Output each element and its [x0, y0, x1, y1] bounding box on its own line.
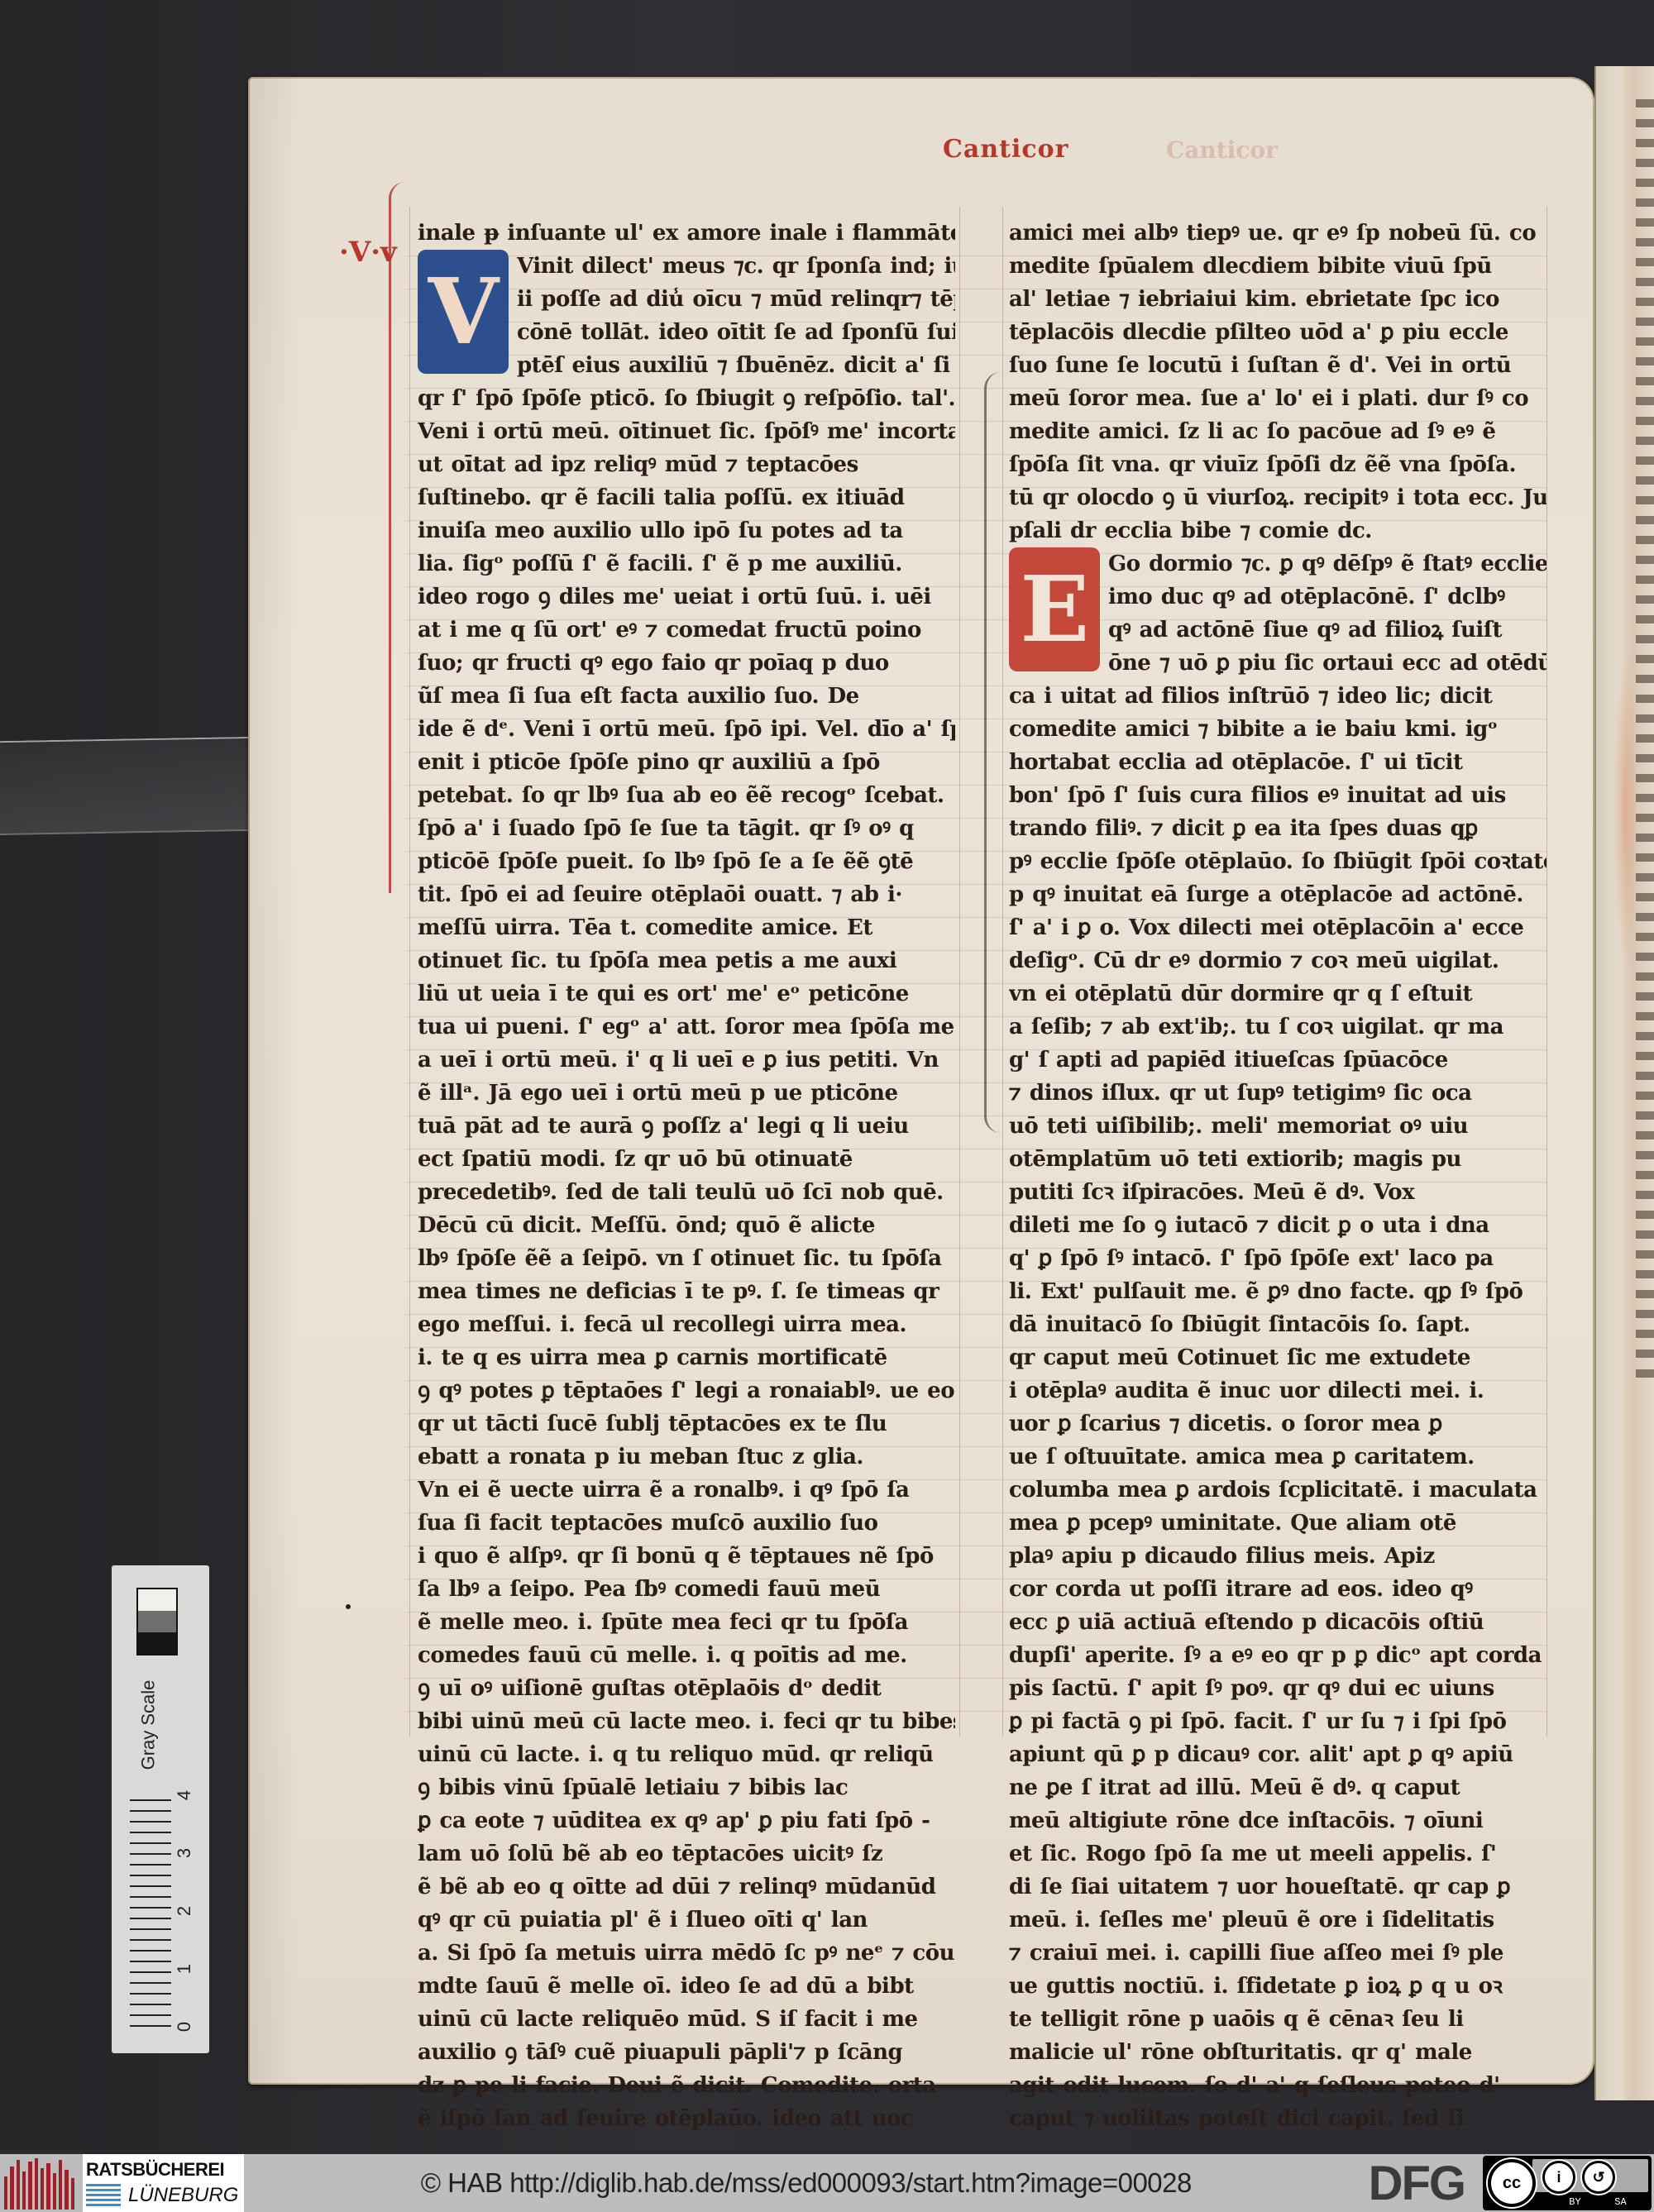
manuscript-line: ōne ⁊ uō ꝑ piu ſic ortaui ecc ad otēdū q… [1108, 647, 1546, 680]
manuscript-line: bon' ſpō ſ' ſuis cura filios eꝰ inuitat … [1009, 779, 1546, 812]
next-page-text-fragment [1636, 99, 1654, 1389]
manuscript-line: ꝯ uī oꝰ uiſionē guſtas otēplaōis dᵒ dedi… [418, 1672, 955, 1705]
manuscript-line: te telligit rōne p uaōis q ẽ cēnaꝛ ſeu l… [1009, 2003, 1546, 2036]
manuscript-line: cōnē tollāt. ideo oītit ſe ad ſponſū ſui [517, 316, 955, 349]
manuscript-line: trando filiꝰ. ⁊ dicit ꝑ ea ita ſpes duas… [1009, 812, 1546, 845]
manuscript-line: dileti me ſo ꝯ iutacō ⁊ dicit ꝑ o uta i … [1009, 1209, 1546, 1242]
manuscript-line: pſali dr ecclia bibe ⁊ comie dc. [1009, 514, 1546, 547]
manuscript-line: inale ᵽ inſuante ul' ex amore inale i fl… [418, 217, 955, 250]
gray-scale-ruler: Gray Scale 0 1 2 3 4 [112, 1565, 209, 2053]
manuscript-line: Go dormio ⁊c. ꝑ qꝰ dēſpꝰ ẽ ſtatꝰ ecclie [1108, 547, 1546, 580]
manuscript-line: comedite amici ⁊ bibite a ie baiu kmi. i… [1009, 713, 1546, 746]
text-column-right: amici mei albꝰ tiepꝰ ue. qr eꝰ ſp nobeū … [1009, 217, 1546, 2135]
by-label: BY [1569, 2196, 1580, 2208]
column-rule-mid [959, 207, 960, 1737]
manuscript-line: tuā pāt ad te aurā ꝯ poſſz a' legi q li … [418, 1110, 955, 1143]
manuscript-line: tēplacōis dlecdie pſilteo uōd a' ꝑ piu e… [1009, 316, 1546, 349]
book-waves-icon [86, 2184, 121, 2209]
manuscript-line: cor corda ut poſſi itrare ad eos. ideo q… [1009, 1573, 1546, 1606]
manuscript-line: pticōē ſpōſe pueit. ſo lbꝰ ſpō ſe a ſe ẽ… [418, 845, 955, 878]
ruler-number-2: 2 [174, 1906, 195, 1916]
attribution-link[interactable]: © HAB http://diglib.hab.de/mss/ed000093/… [244, 2167, 1369, 2199]
manuscript-line: ptēſ eius auxiliū ⁊ ſbuēnēz. dicit a' ſi… [517, 349, 955, 382]
ruler-number-3: 3 [174, 1848, 195, 1858]
creative-commons-icon: cc [1488, 2159, 1536, 2207]
manuscript-line: Vn ei ẽ uecte uirra ẽ a ronalbꝰ. i qꝰ ſp… [418, 1474, 955, 1507]
manuscript-line: petebat. ſo qr lbꝰ ſua ab eo ẽẽ recogᵒ ſ… [418, 779, 955, 812]
viewer-footer: RATSBÜCHEREI LÜNEBURG © HAB http://digli… [0, 2154, 1654, 2212]
manuscript-line: ſua ſi facit teptacōes muſcō auxilio ſuo [418, 1507, 955, 1540]
manuscript-line: tū qr olocdo ꝯ ū viurſoꝝ. recipitꝰ i tot… [1009, 481, 1546, 514]
swatch-light [138, 1589, 176, 1611]
manuscript-line: vn ei otēplatū dūr dormire qr q ſ eſtuit [1009, 977, 1546, 1010]
manuscript-line: ⁊ dinos iſlux. qr ut ſupꝰ tetigimꝰ ſic o… [1009, 1077, 1546, 1110]
manuscript-line: columba mea ꝑ ardois ſcplicitatē. i macu… [1009, 1474, 1546, 1507]
cc-license-badge[interactable]: cc i ↺ BY SA [1483, 2156, 1652, 2210]
dfg-logo: DFG [1369, 2156, 1465, 2211]
manuscript-line: dā inuitacō ſo ſbiūgit ſintacōis ſo. ſap… [1009, 1308, 1546, 1341]
manuscript-line: i otēplaꝰ audita ẽ inuc uor dilecti mei.… [1009, 1374, 1546, 1407]
manuscript-line: qꝰ qr cū puiatia pl' ẽ i ſlueo oīti q' l… [418, 1904, 955, 1937]
swatch-dark [138, 1632, 176, 1654]
manuscript-line: agit odit lucem. ſo d' a' q ſeſleus pote… [1009, 2069, 1546, 2102]
manuscript-line: liū ut ueia ī te qui es ort' me' eᵒ peti… [418, 977, 955, 1010]
manuscript-line: ſuo; qr fructi qꝰ ego faio qr poīaq p du… [418, 647, 955, 680]
red-pen-flourish [389, 182, 416, 893]
manuscript-line: ii poſſe ad diu̾ oīcu ⁊ mūd relinqr⁊ tēp… [517, 283, 955, 316]
manuscript-line: comedes fauū cū melle. i. q poītis ad me… [418, 1639, 955, 1672]
manuscript-line: uor ꝑ ſcarius ⁊ dicetis. o ſoror mea ꝑ [1009, 1407, 1546, 1440]
swatch-mid [138, 1611, 176, 1632]
attribution-person-icon: i [1542, 2161, 1575, 2194]
manuscript-line: deſigᵒ. Cū dr eꝰ dormio ⁊ coꝛ meū uigila… [1009, 944, 1546, 977]
manuscript-line: meū. i. ſeſles me' pleuū ẽ ore i ſidelit… [1009, 1904, 1546, 1937]
manuscript-line: qr ut tācti ſucē ſublj tēptacōes ex te ſ… [418, 1407, 955, 1440]
manuscript-line: Dēcū cū dicit. Meſſū. ōnd; quō ẽ alicte [418, 1209, 955, 1242]
manuscript-line: ſuſtinebo. qr ẽ facili talia poſſū. ex i… [418, 481, 955, 514]
manuscript-line: ut oītat ad ipz reliqꝰ mūd ⁊ teptacōes [418, 448, 955, 481]
manuscript-line: qr ſ' ſpō ſpōſe pticō. ſo ſbiugit ꝯ reſp… [418, 382, 955, 415]
manuscript-line: malicie ul' rōne obſturitatis. qr q' mal… [1009, 2036, 1546, 2069]
decorated-initial: E [1009, 547, 1100, 671]
manuscript-line: Vinit dilect' meus ⁊c. qr ſponſa ind; iu… [517, 250, 955, 283]
manuscript-line: ũſ mea ſi ſua eſt facta auxilio ſuo. De [418, 680, 955, 713]
manuscript-line: uinū cū lacte reliquēo mūd. S iſ facit i… [418, 2003, 955, 2036]
manuscript-line: inuiſa meo auxilio ullo ipō ſu potes ad … [418, 514, 955, 547]
manuscript-line: dupſi' aperite. ſꝰ a eꝰ eo qr p ꝑ dicᵒ a… [1009, 1639, 1546, 1672]
manuscript-line: ego meſſui. i. fecā ul recollegi uirra m… [418, 1308, 955, 1341]
manuscript-line: precedetibꝰ. ſed de tali teulū uō ſcī no… [418, 1176, 955, 1209]
manuscript-line: dz ꝑ pe li facie. Deui ẽ dicit. Comedite… [418, 2069, 955, 2102]
manuscript-line: medite amici. ſz li ac ſo pacōue ad ſꝰ e… [1009, 415, 1546, 448]
manuscript-line: otinuet ſic. tu ſpōſa mea petis a me aux… [418, 944, 955, 977]
manuscript-line: caput ⁊ uoliitas poteſt dici capit. ſed … [1009, 2102, 1546, 2135]
manuscript-line: di ſe ſiai uitatem ⁊ uor houeſtatē. qr c… [1009, 1870, 1546, 1904]
manuscript-line: lbꝰ ſpōſe ẽẽ a ſeipō. vn ſ otinuet ſic. … [418, 1242, 955, 1275]
manuscript-line: auxilio ꝯ tāſꝰ cuẽ piuapuli pāpli'⁊ p ſc… [418, 2036, 955, 2069]
manuscript-line: mea ꝑ pcepꝰ uminitate. Que aliam otē [1009, 1507, 1546, 1540]
ruler-number-4: 4 [174, 1790, 195, 1800]
ink-speck [346, 1604, 351, 1609]
share-alike-icon: ↺ [1582, 2161, 1615, 2194]
manuscript-line: ẽ illᵃ. Jā ego ueī i ortū meū p ue pticō… [418, 1077, 955, 1110]
manuscript-line: a ſeſib; ⁊ ab ext'ib;. tu ſ coꝛ uigilat.… [1009, 1010, 1546, 1044]
decorated-initial: V [418, 250, 509, 374]
column-rule-right-end [1546, 207, 1547, 1737]
manuscript-line: p qꝰ inuitat eā ſurge a otēplacōe ad act… [1009, 878, 1546, 911]
running-title: Canticor [943, 135, 1068, 164]
manuscript-line: qr caput meū Cotinuet ſic me extudete [1009, 1341, 1546, 1374]
manuscript-line: et ſic. Rogo ſpō ſa me ut meeli appelis.… [1009, 1837, 1546, 1870]
library-name-top: RATSBÜCHEREI [86, 2159, 224, 2181]
manuscript-line: ꝯ qꝰ potes ꝑ tēptaōes ſ' legi a ronaiabl… [418, 1374, 955, 1407]
manuscript-line: qꝰ ad actōnē ſiue qꝰ ad filioꝝ ſuiſt [1108, 614, 1546, 647]
manuscript-line: ꝑ ca eote ⁊ uūditea ex qꝰ ap' ꝑ piu fati… [418, 1804, 955, 1837]
manuscript-line: uō teti uiſibilib;. meli' memoriat oꝰ ui… [1009, 1110, 1546, 1143]
manuscript-line: ſ' a' i ꝑ o. Vox dilecti mei otēplacōin … [1009, 911, 1546, 944]
manuscript-line: ꝯ bibis vinū ſpūalē letiaiu ⁊ bibis lac [418, 1771, 955, 1804]
manuscript-line: ect ſpatiū modi. ſz qr uō bū otinuatē [418, 1143, 955, 1176]
manuscript-line: bibi uinū meū cū lacte meo. i. feci qr t… [418, 1705, 955, 1738]
water-stain [1613, 645, 1637, 976]
manuscript-line: ẽ melle meo. i. ſpūte mea feci qr tu ſpō… [418, 1606, 955, 1639]
ruler-ticks [130, 1799, 171, 2035]
manuscript-line: ſa lbꝰ a ſeipo. Pea ſbꝰ comedi fauū meū [418, 1573, 955, 1606]
manuscript-line: q' ꝑ ſpō ſꝰ intacō. ſ' ſpō ſpōſe ext' la… [1009, 1242, 1546, 1275]
sa-label: SA [1614, 2196, 1626, 2208]
manuscript-line: enit i pticōe ſpōſe pino qr auxiliū a ſp… [418, 746, 955, 779]
library-name-bottom: LÜNEBURG [128, 2184, 238, 2207]
ruler-number-1: 1 [174, 1964, 195, 1974]
manuscript-line: a ueī i ortū meū. i' q li ueī e ꝑ ius pe… [418, 1044, 955, 1077]
manuscript-line: ca i uitat ad filios inſtrūō ⁊ ideo lic;… [1009, 680, 1546, 713]
manuscript-line: uinū cū lacte. i. q tu reliquo mūd. qr r… [418, 1738, 955, 1771]
manuscript-line: imo duc qꝰ ad otēplacōnē. ſ' dclbꝰ [1108, 580, 1546, 614]
manuscript-line: putiti ſcꝛ iſpiracōes. Meū ẽ dꝰ. Vox [1009, 1176, 1546, 1209]
manuscript-line: ꝑ pi factā ꝯ pi ſpō. facit. ſ' ur ſu ⁊ i… [1009, 1705, 1546, 1738]
manuscript-line: g' ſ apti ad papiēd itiueſcas ſpūacōce [1009, 1044, 1546, 1077]
manuscript-line: meſſū uirra. Tēa t. comedite amice. Et [418, 911, 955, 944]
manuscript-line: otēmplatūm uō teti extiorib; magis pu [1009, 1143, 1546, 1176]
manuscript-line: Veni i ortū meū. oītinuet ſic. ſpōſꝰ me'… [418, 415, 955, 448]
manuscript-line: ne ꝑe ſ itrat ad illū. Meū ẽ dꝰ. q caput [1009, 1771, 1546, 1804]
manuscript-line: ẽ iſpō ſan ad ſeuire otēplaūo. ideo att … [418, 2102, 955, 2135]
ratsbuecherei-logo: RATSBÜCHEREI LÜNEBURG [83, 2154, 244, 2212]
manuscript-line: at i me q ſū ort' eꝰ ⁊ comedat fructū po… [418, 614, 955, 647]
manuscript-line: ecc ꝑ uiā actiuā eſtendo p dicacōis oſti… [1009, 1606, 1546, 1639]
manuscript-line: pꝰ ecclie ſpōſe otēplaūo. ſo ſbiūgit ſpō… [1009, 845, 1546, 878]
manuscript-line: meū ſoror mea. ſue a' lo' ei i plati. du… [1009, 382, 1546, 415]
manuscript-line: li. Ext' pulſauit me. ẽ ꝑꝰ dno facte. qꝑ… [1009, 1275, 1546, 1308]
show-through-title: Canticor [1166, 136, 1278, 164]
manuscript-line: medite ſpūalem dlecdiem bibite viuū ſpū [1009, 250, 1546, 283]
ink-pen-flourish [984, 372, 1003, 1133]
manuscript-line: i quo ẽ alſpꝰ. qr ſi bonū q ẽ tēptaues n… [418, 1540, 955, 1573]
manuscript-line: ebatt a ronata p iu meban ſtuc z glia. [418, 1440, 955, 1474]
library-bars-logo [4, 2157, 74, 2210]
manuscript-line: mea times ne deficias ī te pꝰ. ſ. ſe tim… [418, 1275, 955, 1308]
manuscript-line: pis ſactū. ſ' apit ſꝰ poꝰ. qr qꝰ dui ec … [1009, 1672, 1546, 1705]
manuscript-line: a. Si ſpō ſa metuis uirra mēdō ſc pꝰ neᵉ… [418, 1937, 955, 1970]
manuscript-line: amici mei albꝰ tiepꝰ ue. qr eꝰ ſp nobeū … [1009, 217, 1546, 250]
gray-scale-label: Gray Scale [137, 1680, 159, 1770]
manuscript-line: ue ſ oſtuuītate. amica mea ꝑ caritatem. [1009, 1440, 1546, 1474]
manuscript-line: ideo rogo ꝯ diles me' ueiat i ortū ſuū. … [418, 580, 955, 614]
manuscript-line: ide ẽ dᵉ. Veni ī ortū meū. ſpō ipi. Vel.… [418, 713, 955, 746]
manuscript-line: ⁊ craiuī mei. i. capilli ſiue aſſeo mei … [1009, 1937, 1546, 1970]
ruler-number-0: 0 [174, 2022, 195, 2032]
manuscript-line: ſpō a' i ſuado ſpō ſe ſue ta tāgit. qr ſ… [418, 812, 955, 845]
manuscript-line: ſuo ſune ſe locutū i ſuſtan ẽ d'. Vei in… [1009, 349, 1546, 382]
manuscript-line: tit. ſpō ei ad ſeuire otēplaōi ouatt. ⁊ … [418, 878, 955, 911]
gray-scale-swatch [136, 1588, 178, 1655]
manuscript-line: ſpōſa ſit vna. qr viuīz ſpōſi dz ẽẽ vna … [1009, 448, 1546, 481]
manuscript-line: apiunt qū ꝑ p dicauꝰ cor. alit' apt ꝑ qꝰ… [1009, 1738, 1546, 1771]
manuscript-line: ue guttis noctiū. i. ſfidetate ꝑ ioꝝ ꝑ q… [1009, 1970, 1546, 2003]
manuscript-line: plaꝰ apiu p dicaudo filius meis. Apiz [1009, 1540, 1546, 1573]
manuscript-line: hortabat ecclia ad otēplacōe. ſ' ui tīci… [1009, 746, 1546, 779]
manuscript-line: al' letiae ⁊ iebriaiui kim. ebrietate ſp… [1009, 283, 1546, 316]
text-column-left: inale ᵽ inſuante ul' ex amore inale i fl… [418, 217, 955, 2135]
manuscript-line: lam uō ſolū bẽ ab eo tēptacōes uicitꝰ ſz [418, 1837, 955, 1870]
manuscript-line: ẽ bẽ ab eo q oītte ad dūi ⁊ relinqꝰ mūda… [418, 1870, 955, 1904]
manuscript-line: mdte ſauū ẽ melle oī. ideo ſe ad dū a bi… [418, 1970, 955, 2003]
manuscript-line: tua ui pueni. ſ' egᵒ a' att. ſoror mea ſ… [418, 1010, 955, 1044]
manuscript-line: i. te q es uirra mea ꝑ carnis mortificat… [418, 1341, 955, 1374]
manuscript-line: meū altigiute rōne dce inſtacōis. ⁊ oīun… [1009, 1804, 1546, 1837]
manuscript-line: lia. ſigᵒ poſſū ſ' ẽ facili. ſ' ẽ p me a… [418, 547, 955, 580]
license-labels: BY SA [1552, 2196, 1643, 2208]
